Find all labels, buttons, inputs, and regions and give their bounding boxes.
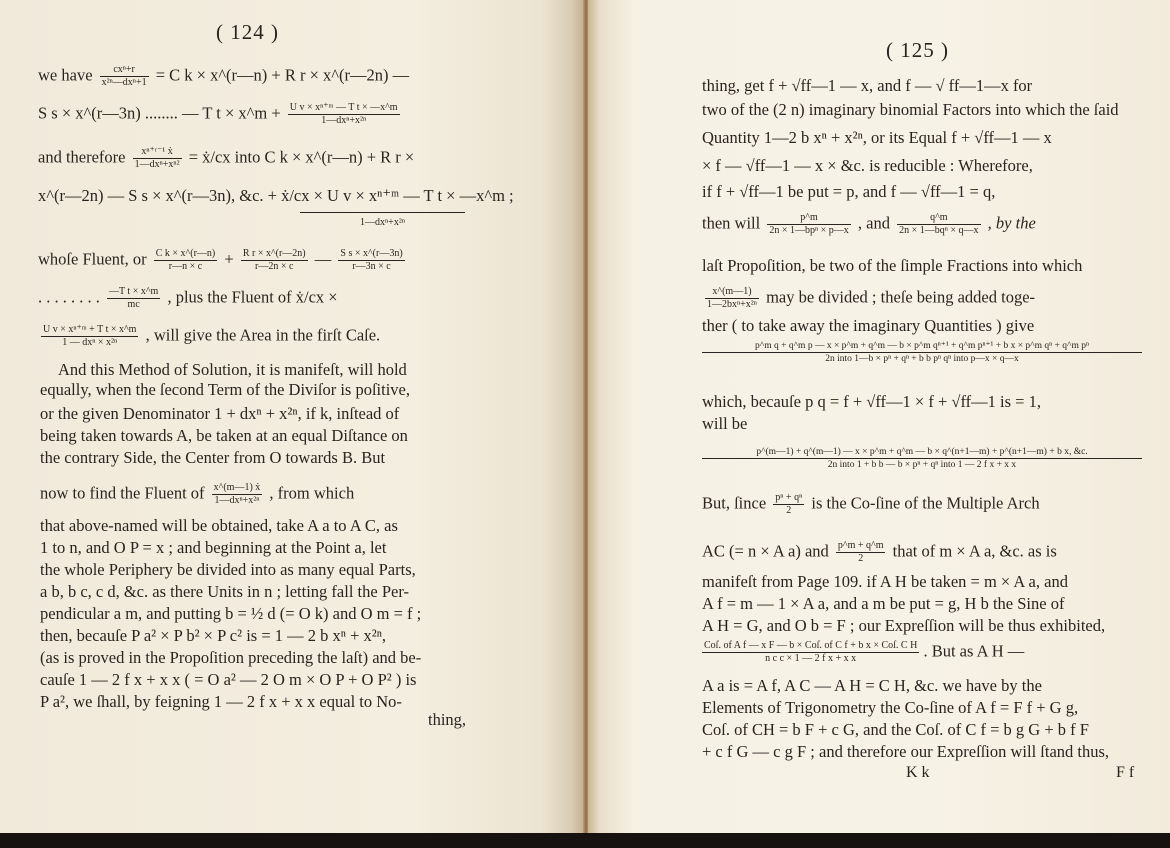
text-line: now to find the Fluent of x^(m—1) ẋ1—dxⁿ… [40, 482, 354, 507]
text-line: Coſ. of CH = b F + c G, and the Coſ. of … [702, 720, 1089, 740]
text-line: A a is = A f, A C — A H = C H, &c. we ha… [702, 676, 1042, 696]
text-line: P a², we ſhall, by feigning 1 — 2 f x + … [40, 692, 402, 712]
text-line: And this Method of Solution, it is manif… [58, 360, 407, 380]
text-line: whoſe Fluent, or C k × x^(r—n)r—n × c + … [38, 248, 408, 273]
text-line: ther ( to take away the imaginary Quanti… [702, 316, 1034, 336]
fraction: pⁿ + qⁿ2 [773, 492, 804, 517]
text-line: x^(m—1)1—2bxⁿ+x²ⁿ may be divided ; theſe… [702, 286, 1035, 311]
fraction: U v × xⁿ⁺ᵐ + T t × x^m1 — dxⁿ × x²ⁿ [41, 324, 138, 349]
text-line: which, becauſe p q = f + √ff—1 × f + √ff… [702, 392, 1041, 412]
fraction: p^m2n × 1—bpⁿ × p—x [767, 212, 850, 237]
text-line: Quantity 1—2 b xⁿ + x²ⁿ, or its Equal f … [702, 128, 1052, 148]
text-line: S s × x^(r—3n) ........ — T t × x^m + U … [38, 102, 403, 127]
text-line: two of the (2 n) imaginary binomial Fact… [702, 100, 1119, 120]
text-line: if f + √ff—1 be put = p, and f — √ff—1 =… [702, 182, 995, 202]
text-line: A f = m — 1 × A a, and a m be put = g, H… [702, 594, 1064, 614]
text-line: x^(r—2n) — S s × x^(r—3n), &c. + ẋ/cx × … [38, 186, 514, 206]
fraction: p^m + q^m2 [836, 540, 886, 565]
fraction: cxⁿ+rx²ⁿ—dxⁿ+1 [100, 64, 149, 89]
fraction: x^(m—1)1—2bxⁿ+x²ⁿ [705, 286, 759, 311]
text-line: × f — √ff—1 — x × &c. is reducible : Whe… [702, 156, 1033, 176]
text-line: equally, when the ſecond Term of the Div… [40, 380, 410, 400]
text-line: or the given Denominator 1 + dxⁿ + x²ⁿ, … [40, 404, 399, 424]
text-line: that above-named will be obtained, take … [40, 516, 398, 536]
text-line: then, becauſe P a² × P b² × P c² is = 1 … [40, 626, 386, 646]
fraction: —T t × x^mmc [107, 286, 160, 311]
text-line: will be [702, 414, 747, 434]
text-line: then will p^m2n × 1—bpⁿ × p—x , and q^m2… [702, 212, 1036, 237]
text-line: the whole Periphery be divided into as m… [40, 560, 416, 580]
formula-block: p^m q + q^m p — x × p^m + q^m — b × p^m … [702, 340, 1142, 365]
text-line: But, ſince pⁿ + qⁿ2 is the Co-ſine of th… [702, 492, 1040, 517]
text-line: thing, [428, 710, 466, 730]
page-number-right: ( 125 ) [886, 38, 949, 63]
fraction: x^(m—1) ẋ1—dxⁿ+x²ⁿ [212, 482, 263, 507]
fraction: q^m2n × 1—bqⁿ × q—x [897, 212, 980, 237]
text-line: . . . . . . . . —T t × x^mmc , plus the … [38, 286, 338, 311]
text-line: A H = G, and O b = F ; our Expreſſion wi… [702, 616, 1105, 636]
text-line: (as is proved in the Propoſition precedi… [40, 648, 421, 668]
text-line: manifeſt from Page 109. if A H be taken … [702, 572, 1068, 592]
text-line: pendicular a m, and putting b = ½ d (= O… [40, 604, 421, 624]
text-line: being taken towards A, be taken at an eq… [40, 426, 408, 446]
text-line: 1—dxⁿ+x²ⁿ [300, 212, 465, 233]
book-edge-shadow [0, 833, 1170, 848]
fraction: S s × x^(r—3n)r—3n × c [338, 248, 404, 273]
text-line: laſt Propoſition, be two of the ſimple F… [702, 256, 1082, 276]
text-line: a b, b c, c d, &c. as there Units in n ;… [40, 582, 409, 602]
text-line: thing, get f + √ff—1 — x, and f — √ ff—1… [702, 76, 1032, 96]
formula-block: p^(m—1) + q^(m—1) — x × p^m + q^m — b × … [702, 446, 1142, 471]
page-number-left: ( 124 ) [216, 20, 279, 45]
fraction: C k × x^(r—n)r—n × c [154, 248, 218, 273]
text-line: 1 to n, and O P = x ; and beginning at t… [40, 538, 386, 558]
text-line: we have cxⁿ+rx²ⁿ—dxⁿ+1 = C k × x^(r—n) +… [38, 64, 409, 89]
catchword: F f [1116, 764, 1134, 782]
left-page: ( 124 ) we have cxⁿ+rx²ⁿ—dxⁿ+1 = C k × x… [0, 0, 588, 833]
fraction: R r × x^(r—2n)r—2n × c [241, 248, 308, 273]
text-line: + c f G — c g F ; and therefore our Expr… [702, 742, 1109, 762]
text-line: AC (= n × A a) and p^m + q^m2 that of m … [702, 540, 1057, 565]
text-line: the contrary Side, the Center from O tow… [40, 448, 385, 468]
formula-block: Coſ. of A f — x F — b × Coſ. of C f + b … [702, 640, 1024, 665]
fraction: xⁿ⁺ʳ⁻¹ ẋ1—dxⁿ+xⁿ² [133, 146, 182, 171]
text-line: U v × xⁿ⁺ᵐ + T t × x^m1 — dxⁿ × x²ⁿ , wi… [38, 324, 380, 349]
text-line: Elements of Trigonometry the Co-ſine of … [702, 698, 1078, 718]
signature-mark: K k [906, 764, 930, 782]
fraction: U v × xⁿ⁺ᵐ — T t × —x^m1—dxⁿ+x²ⁿ [288, 102, 400, 127]
right-page: ( 125 ) thing, get f + √ff—1 — x, and f … [588, 0, 1170, 833]
text-line: cauſe 1 — 2 f x + x x ( = O a² — 2 O m ×… [40, 670, 416, 690]
text-line: and therefore xⁿ⁺ʳ⁻¹ ẋ1—dxⁿ+xⁿ² = ẋ/cx i… [38, 146, 414, 171]
